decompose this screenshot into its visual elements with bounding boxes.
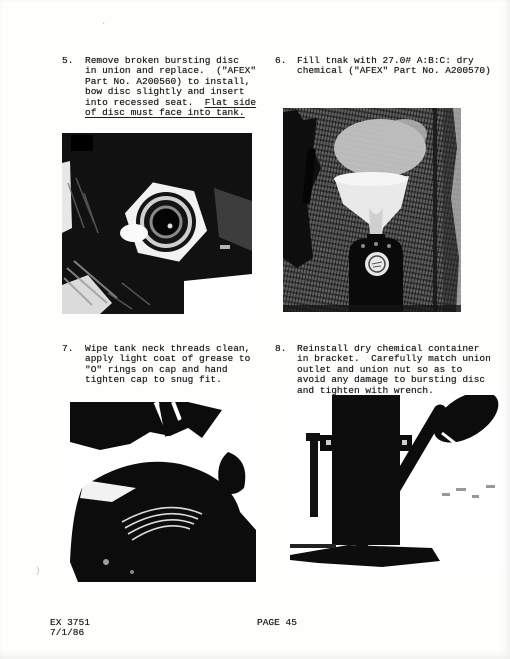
instruction-step-6: 6. Fill tnak with 27.0# A:B:C: dry chemi… [275, 56, 491, 77]
photo-step8-wrench-union [290, 395, 500, 572]
step-6-text-line: chemical ("AFEX" Part No. A200570) [297, 65, 491, 76]
step-8-text-line: in bracket. Carefully match union [297, 353, 491, 364]
step-7-text-line: apply light coat of grease to [85, 353, 250, 364]
step-8-text-line: avoid any damage to bursting disc [297, 374, 485, 385]
step-5-text-line: in union and replace. ("AFEX" [85, 65, 256, 76]
footer-doc-info: EX 3751 7/1/86 [50, 618, 90, 639]
step-5-text-line: into recessed seat. [85, 97, 205, 108]
photo-step5-bursting-disc-union [62, 133, 252, 314]
step-5-number: 5. [62, 56, 73, 66]
step-8-text-line: outlet and union nut so as to [297, 364, 462, 375]
instruction-step-5: 5. Remove broken bursting disc in union … [62, 56, 256, 119]
step-7-number: 7. [62, 344, 73, 354]
footer-page-number: PAGE 45 [257, 618, 297, 628]
page-label: PAGE 45 [257, 617, 297, 628]
step-6-text-line: Fill tnak with 27.0# A:B:C: dry [297, 55, 474, 66]
scan-artifact-speck: . [101, 18, 106, 27]
step-7-text-line: "O" rings on cap and hand [85, 364, 228, 375]
step-8-number: 8. [275, 344, 286, 354]
filling-tank-photo-illustration [283, 108, 461, 312]
step-5-text-line: bow disc slightly and insert [85, 86, 245, 97]
doc-number: EX 3751 [50, 617, 90, 628]
step-5-text-line: Remove broken bursting disc [85, 55, 239, 66]
bursting-disc-photo-illustration [62, 133, 252, 314]
scan-artifact-paren: ) [35, 567, 40, 576]
doc-date: 7/1/86 [50, 627, 84, 638]
step-7-text-line: Wipe tank neck threads clean, [85, 343, 250, 354]
step-6-number: 6. [275, 56, 286, 66]
instruction-step-8: 8. Reinstall dry chemical container in b… [275, 344, 491, 396]
step-7-text-line: tighten cap to snug fit. [85, 374, 222, 385]
tank-cap-photo-illustration [70, 402, 256, 582]
instruction-step-7: 7. Wipe tank neck threads clean, apply l… [62, 344, 250, 386]
wrench-union-photo-illustration [290, 395, 500, 572]
step-5-underlined-text: Flat side [205, 97, 256, 108]
step-5-underlined-text: of disc must face into tank. [85, 107, 245, 118]
scanned-manual-page: 5. Remove broken bursting disc in union … [0, 0, 510, 659]
photo-step6-filling-tank [283, 108, 461, 312]
step-5-text-line: Part No. A200560) to install, [85, 76, 250, 87]
step-8-text-line: Reinstall dry chemical container [297, 343, 479, 354]
photo-step7-tank-cap [70, 402, 256, 582]
